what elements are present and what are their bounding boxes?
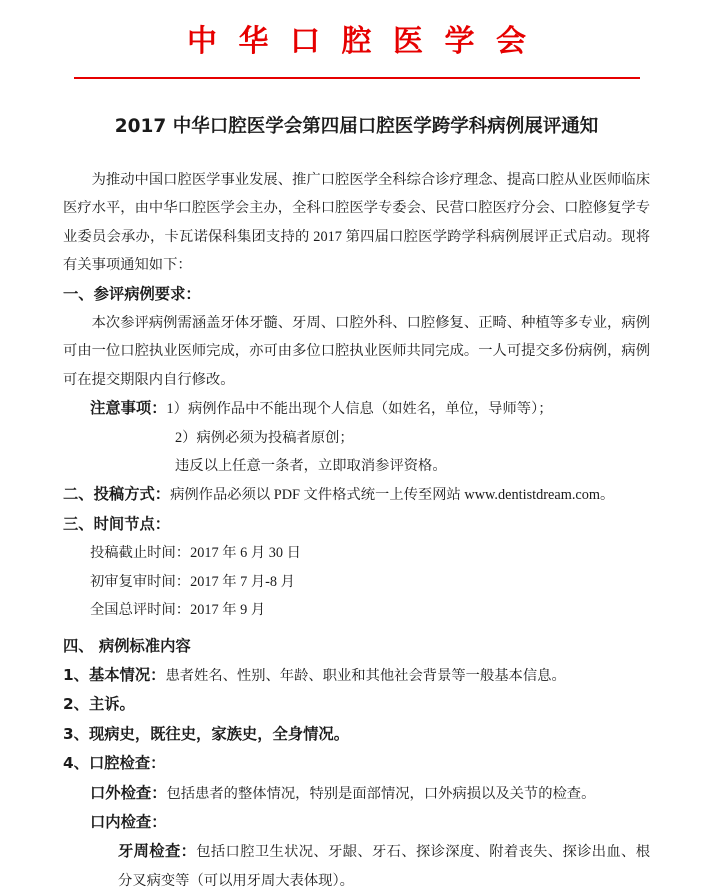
note-2: 2）病例必须为投稿者原创； <box>175 424 650 452</box>
section1-heading-line: 一、参评病例要求： <box>63 280 650 309</box>
section4-heading: 四、 病例标准内容 <box>63 637 191 655</box>
section3-heading: 三、时间节点： <box>63 515 170 533</box>
extraoral-exam-body: 包括患者的整体情况，特别是面部情况，口外病损以及关节的检查。 <box>167 786 596 802</box>
intro-paragraph: 为推动中国口腔医学事业发展、推广口腔医学全科综合诊疗理念、提高口腔从业医师临床医… <box>63 166 650 280</box>
case-item-4: 4、口腔检查： <box>63 749 650 778</box>
note-1: 1）病例作品中不能出现个人信息（如姓名，单位，导师等）； <box>167 401 553 417</box>
section2-line: 二、投稿方式：病例作品必须以 PDF 文件格式统一上传至网站 www.denti… <box>63 480 650 509</box>
section1-body: 本次参评病例需涵盖牙体牙髓、牙周、口腔外科、口腔修复、正畸、种植等多专业，病例可… <box>63 309 650 394</box>
doc-title: 2017 中华口腔医学会第四届口腔医学跨学科病例展评通知 <box>63 114 650 140</box>
timeline-review: 初审复审时间：2017 年 7 月-8 月 <box>90 568 650 596</box>
case-item-2: 2、主诉。 <box>63 690 650 719</box>
timeline-deadline: 投稿截止时间：2017 年 6 月 30 日 <box>90 539 650 567</box>
document-page: 中 华 口 腔 医 学 会 2017 中华口腔医学会第四届口腔医学跨学科病例展评… <box>0 0 712 895</box>
section3-heading-line: 三、时间节点： <box>63 510 650 539</box>
timeline-final: 全国总评时间：2017 年 9 月 <box>90 596 650 624</box>
case-item-1-body: 患者姓名、性别、年龄、职业和其他社会背景等一般基本信息。 <box>165 668 565 684</box>
case-item-3: 3、现病史，既往史，家族史，全身情况。 <box>63 720 650 749</box>
case-item-1-label: 1、基本情况： <box>63 666 165 684</box>
section2-body: 病例作品必须以 PDF 文件格式统一上传至网站 www.dentistdream… <box>170 487 614 503</box>
letterhead: 中 华 口 腔 医 学 会 <box>63 22 650 79</box>
letterhead-divider <box>74 77 640 79</box>
perio-exam-paragraph: 牙周检查：包括口腔卫生状况、牙龈、牙石、探诊深度、附着丧失、探诊出血、根分叉病变… <box>118 837 650 895</box>
extraoral-exam-label: 口外检查： <box>90 784 167 802</box>
case-item-3-label: 3、现病史，既往史，家族史，全身情况。 <box>63 725 349 743</box>
org-name: 中 华 口 腔 医 学 会 <box>63 22 650 62</box>
intraoral-exam-label: 口内检查： <box>90 813 167 831</box>
case-item-2-label: 2、主诉。 <box>63 695 135 713</box>
notes-label: 注意事项： <box>90 399 167 417</box>
case-item-4-label: 4、口腔检查： <box>63 754 165 772</box>
section2-heading: 二、投稿方式： <box>63 485 170 503</box>
notes-line: 注意事项：1）病例作品中不能出现个人信息（如姓名，单位，导师等）； <box>90 394 650 423</box>
perio-exam-label: 牙周检查： <box>118 842 196 860</box>
extraoral-exam-line: 口外检查：包括患者的整体情况，特别是面部情况，口外病损以及关节的检查。 <box>90 779 650 808</box>
note-3: 违反以上任意一条者，立即取消参评资格。 <box>175 452 650 480</box>
case-item-1: 1、基本情况：患者姓名、性别、年龄、职业和其他社会背景等一般基本信息。 <box>63 661 650 690</box>
section4-heading-line: 四、 病例标准内容 <box>63 632 650 661</box>
section1-heading: 一、参评病例要求： <box>63 285 201 303</box>
intraoral-exam-line: 口内检查： <box>90 808 650 837</box>
perio-exam-body: 包括口腔卫生状况、牙龈、牙石、探诊深度、附着丧失、探诊出血、根分叉病变等（可以用… <box>118 844 650 888</box>
